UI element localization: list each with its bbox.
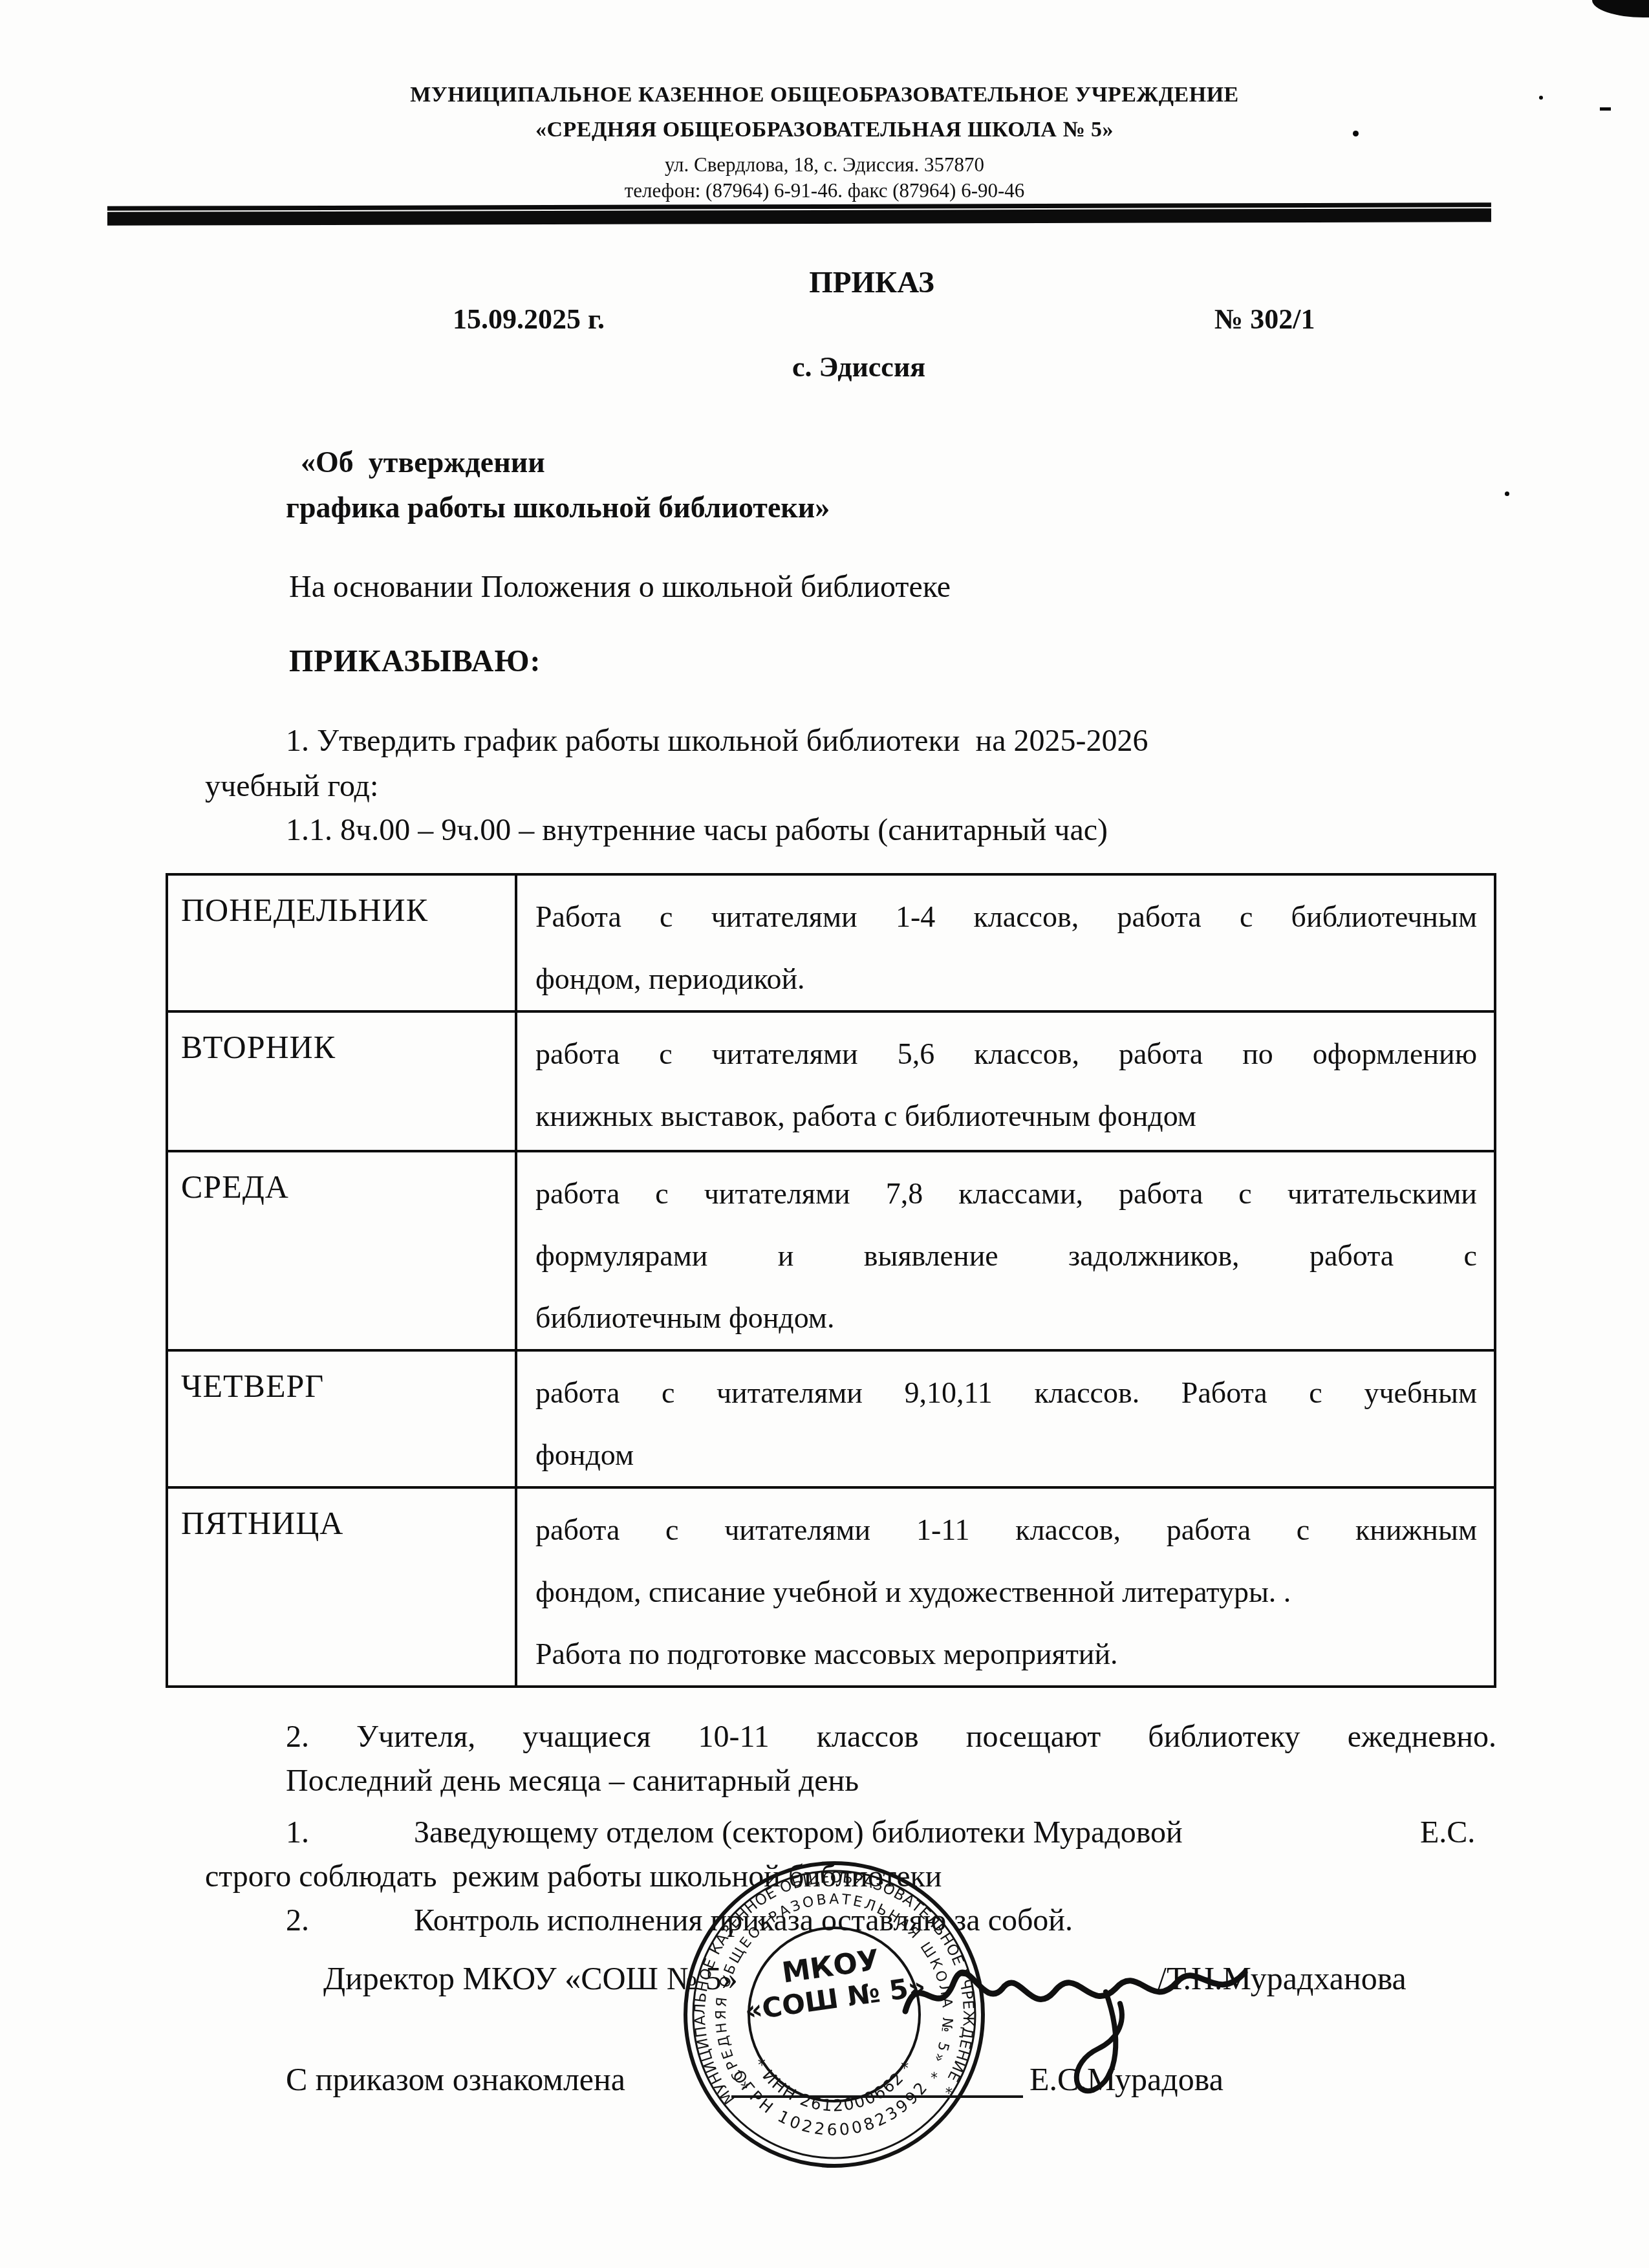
table-row: ЧЕТВЕРГ работа с читателями 9,10,11 клас… [167,1350,1495,1487]
schedule-task-line: фондом, списание учебной и художественно… [535,1561,1477,1623]
schedule-tasks-cell: работа с читателями 7,8 классами, работа… [516,1151,1495,1350]
table-row: ПЯТНИЦА работа с читателями 1-11 классов… [167,1487,1495,1687]
signature-tail-stroke [1077,1992,1122,2091]
schedule-task-line: работа с читателями 9,10,11 классов. Раб… [535,1362,1477,1424]
letterhead-address: ул. Свердлова, 18, с. Эдиссия. 357870 [0,153,1649,177]
schedule-task-line: Работа с читателями 1-4 классов, работа … [535,886,1477,948]
list-item2-number: 2. [286,1903,309,1938]
list-item1-number: 1. [286,1815,309,1850]
order-place: с. Эдиссия [792,351,925,383]
scan-artifact-dot [1353,131,1359,136]
scan-artifact-dot [1539,96,1543,100]
order-basis: На основании Положения о школьной библио… [289,569,951,605]
signature-stroke [905,1972,1245,2011]
schedule-task-line: Работа по подготовке массовых мероприяти… [535,1623,1477,1685]
schedule-tasks-cell: работа с читателями 9,10,11 классов. Раб… [516,1350,1495,1487]
schedule-task-line: фондом [535,1424,1477,1486]
acknowledgement-label: С приказом ознакомлена [286,2060,625,2098]
letterhead-divider [107,202,1491,230]
schedule-day-cell: ПОНЕДЕЛЬНИК [167,874,516,1011]
schedule-task-line: книжных выставок, работа с библиотечным … [535,1085,1477,1147]
order-item1-1: 1.1. 8ч.00 – 9ч.00 – внутренние часы раб… [286,812,1108,848]
director-signature [892,1927,1306,2121]
table-row: СРЕДА работа с читателями 7,8 классами, … [167,1151,1495,1350]
schedule-task-line: работа с читателями 7,8 классами, работа… [535,1163,1477,1225]
list-item1-initials: Е.С. [1420,1815,1475,1850]
order-item1-line1: 1. Утвердить график работы школьной библ… [286,723,1148,759]
schedule-day-cell: ПЯТНИЦА [167,1487,516,1687]
list-item1-text: Заведующему отделом (сектором) библиотек… [414,1815,1183,1850]
order-title: ПРИКАЗ [809,265,934,300]
director-label: Директор МКОУ «СОШ № 5» [323,1960,738,1997]
schedule-day-cell: СРЕДА [167,1151,516,1350]
schedule-task-line: работа с читателями 1-11 классов, работа… [535,1499,1477,1561]
order-item2-line2: Последний день месяца – санитарный день [286,1763,859,1798]
schedule-task-line: библиотечным фондом. [535,1287,1477,1349]
order-subject-line2: графика работы школьной библиотеки» [286,490,830,524]
scanned-order-document: МУНИЦИПАЛЬНОЕ КАЗЕННОЕ ОБЩЕОБРАЗОВАТЕЛЬН… [0,0,1649,2268]
order-item1-line2: учебный год: [205,768,378,804]
order-resolve-word: ПРИКАЗЫВАЮ: [289,643,541,679]
schedule-tasks-cell: работа с читателями 5,6 классов, работа … [516,1011,1495,1151]
schedule-tasks-cell: работа с читателями 1-11 классов, работа… [516,1487,1495,1687]
schedule-day-cell: ВТОРНИК [167,1011,516,1151]
order-item2-line1: 2. Учителя, учащиеся 10-11 классов посещ… [286,1719,1496,1755]
scan-artifact-dash [1600,107,1611,111]
library-schedule-table: ПОНЕДЕЛЬНИК Работа с читателями 1-4 клас… [166,873,1496,1688]
schedule-task-line: формулярами и выявление задолжников, раб… [535,1225,1477,1287]
schedule-task-line: работа с читателями 5,6 классов, работа … [535,1023,1477,1085]
table-row: ВТОРНИК работа с читателями 5,6 классов,… [167,1011,1495,1151]
schedule-tasks-cell: Работа с читателями 1-4 классов, работа … [516,874,1495,1011]
order-date: 15.09.2025 г. [453,303,605,336]
schedule-day-cell: ЧЕТВЕРГ [167,1350,516,1487]
letterhead-org-line2: «СРЕДНЯЯ ОБЩЕОБРАЗОВАТЕЛЬНАЯ ШКОЛА № 5» [0,118,1649,142]
schedule-task-line: фондом, периодикой. [535,948,1477,1010]
scan-artifact-dot [1505,491,1509,496]
table-row: ПОНЕДЕЛЬНИК Работа с читателями 1-4 клас… [167,874,1495,1011]
letterhead-phone: телефон: (87964) 6-91-46. факс (87964) 6… [0,179,1649,202]
letterhead-org-line1: МУНИЦИПАЛЬНОЕ КАЗЕННОЕ ОБЩЕОБРАЗОВАТЕЛЬН… [0,83,1649,107]
order-subject-line1: «Об утверждении [301,445,545,479]
scan-artifact-corner [1592,0,1649,17]
order-number: № 302/1 [1214,303,1315,336]
